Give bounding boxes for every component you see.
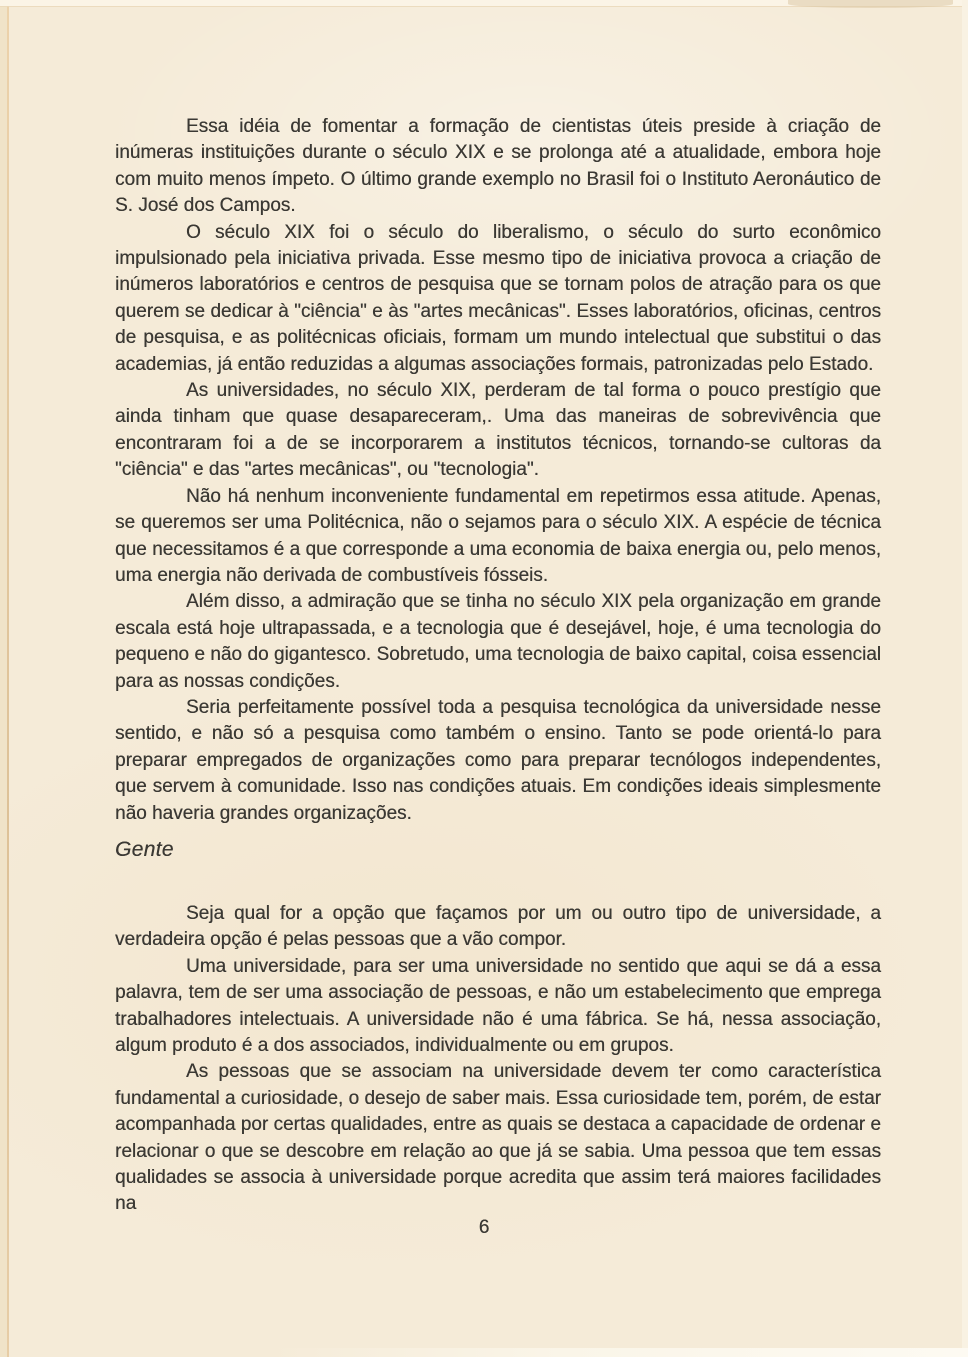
paragraph: As pessoas que se associam na universida… xyxy=(115,1059,881,1217)
paragraph: As universidades, no século XIX, perdera… xyxy=(115,378,881,484)
paragraph: O século XIX foi o século do liberalismo… xyxy=(115,220,881,378)
section-heading: Gente xyxy=(115,838,174,862)
scan-edge-left-line xyxy=(7,0,9,1357)
scan-edge-top xyxy=(0,0,968,6)
page-number: 6 xyxy=(0,1217,968,1239)
paragraph: Não há nenhum inconveniente fundamental … xyxy=(115,484,881,590)
paragraph: Além disso, a admiração que se tinha no … xyxy=(115,589,881,695)
paragraph: Seria perfeitamente possível toda a pesq… xyxy=(115,695,881,827)
scan-edge-left xyxy=(0,0,7,1357)
scan-edge-bottom xyxy=(0,1348,968,1357)
scanned-book-page: Essa idéia de fomentar a formação de cie… xyxy=(0,0,968,1357)
paragraph: Seja qual for a opção que façamos por um… xyxy=(115,901,881,954)
paragraph: Uma universidade, para ser uma universid… xyxy=(115,954,881,1060)
paragraph: Essa idéia de fomentar a formação de cie… xyxy=(115,114,881,220)
scan-edge-right xyxy=(962,0,968,1357)
body-paragraphs-bottom: Seja qual for a opção que façamos por um… xyxy=(115,901,881,1218)
body-paragraphs-top: Essa idéia de fomentar a formação de cie… xyxy=(115,114,881,827)
scan-edge-top-line xyxy=(0,6,968,7)
scan-smudge-top-right xyxy=(788,0,953,8)
